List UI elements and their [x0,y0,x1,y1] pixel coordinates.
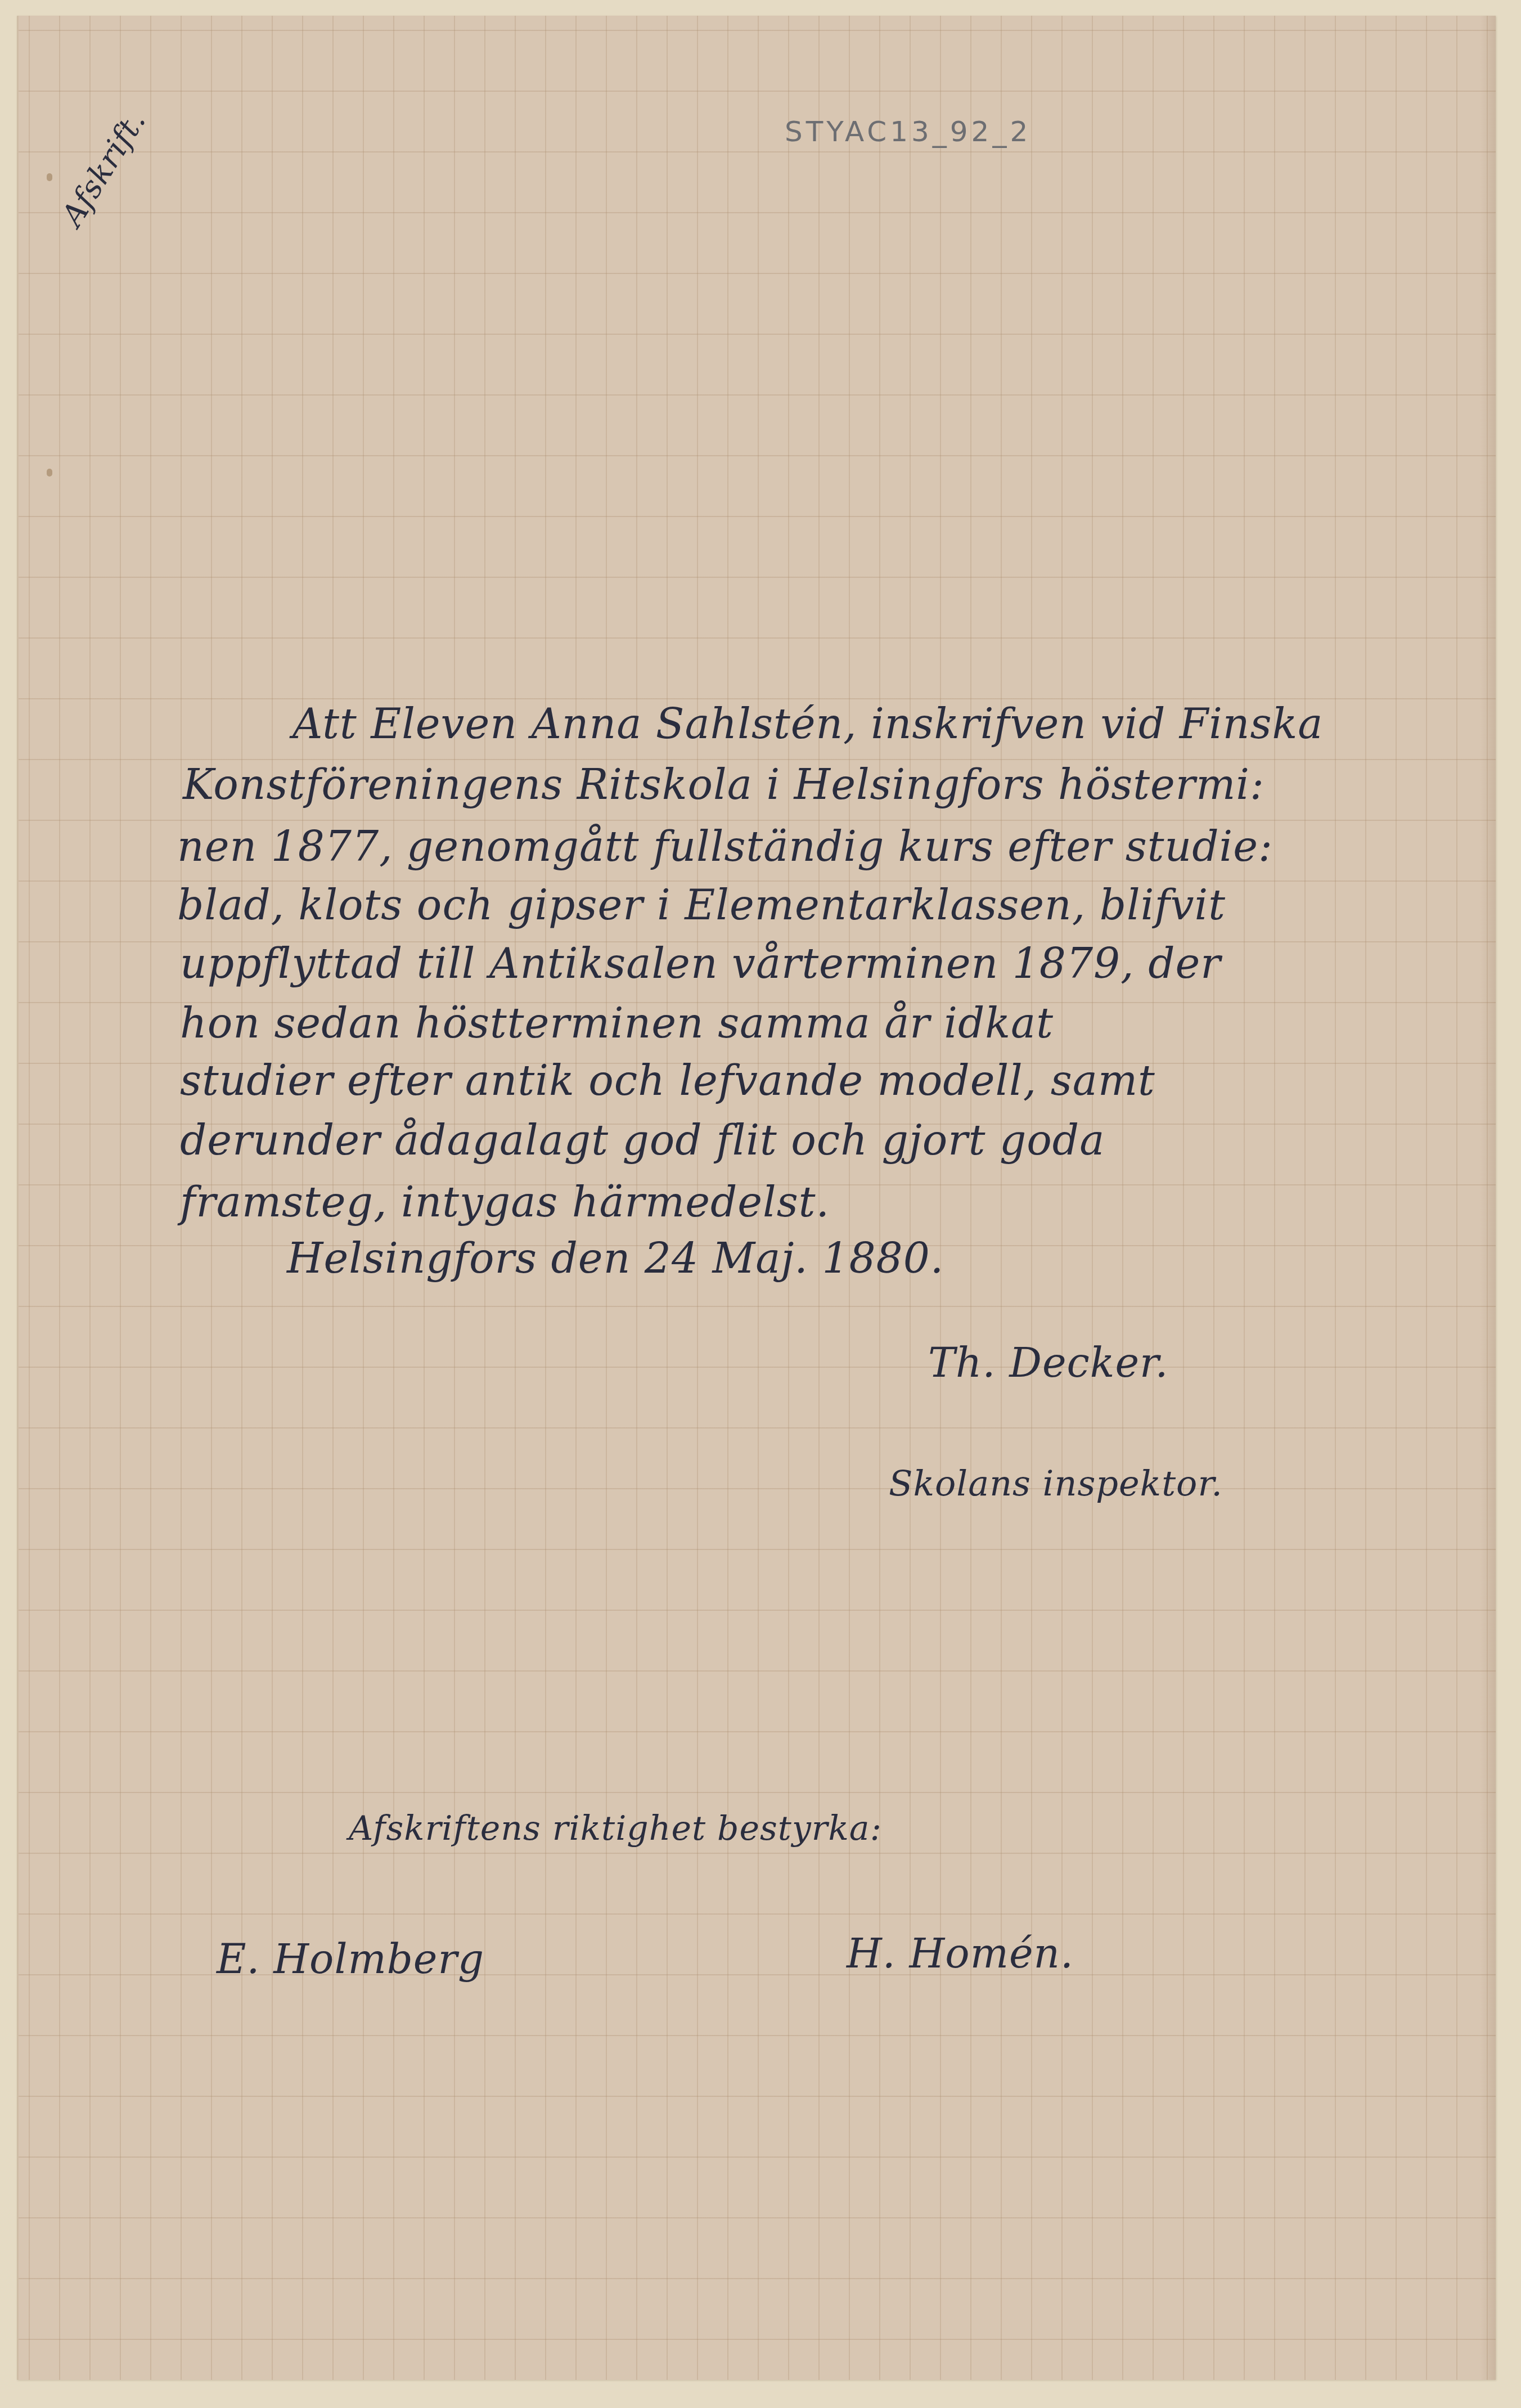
punch-hole [47,173,52,181]
attestation-statement: Afskriftens riktighet bestyrka: [349,1809,882,1848]
body-line: studier efter antik och lefvande modell,… [180,1060,1155,1102]
archive-reference: STYAC13_92_2 [785,115,1031,148]
body-line: derunder ådagalagt god flit och gjort go… [180,1120,1105,1161]
place-date: Helsingfors den 24 Maj. 1880. [287,1238,944,1279]
witness-signature-homen: H. Homén. [847,1930,1074,1977]
body-line: Att Eleven Anna Sahlstén, inskrifven vid… [292,703,1323,745]
body-line: Konstföreningens Ritskola i Helsingfors … [183,764,1264,806]
body-line: uppflyttad till Antiksalen vårterminen 1… [180,943,1221,985]
body-line: hon sedan höstterminen samma år idkat [180,1003,1054,1044]
body-line: framsteg, intygas härmedelst. [180,1181,830,1223]
signature-decker: Th. Decker. [928,1339,1168,1386]
punch-hole [47,469,52,477]
body-line: blad, klots och gipser i Elementarklasse… [177,884,1226,926]
signatory-title: Skolans inspektor. [889,1463,1223,1504]
witness-signature-holmberg: E. Holmberg [217,1935,484,1983]
body-line: nen 1877, genomgått fullständig kurs eft… [177,826,1273,868]
